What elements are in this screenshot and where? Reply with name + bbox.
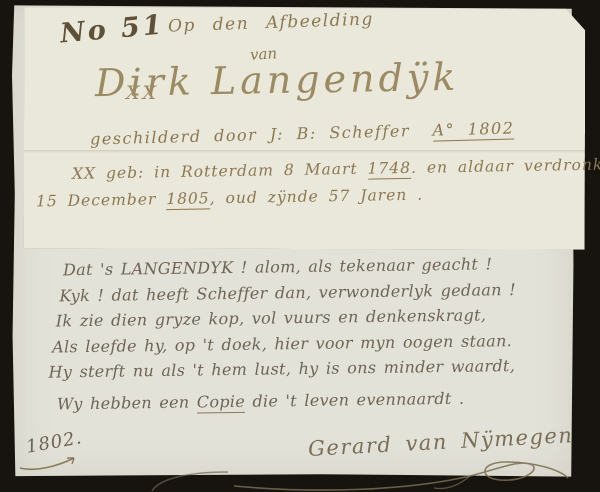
- death-date-text: 15 December: [36, 190, 167, 210]
- poem-last-post: die 't leven evennaardt .: [245, 388, 465, 410]
- poem-block: Dat 's LANGENDYK ! alom, als tekenaar ge…: [47, 250, 561, 416]
- death-place-text: . en aldaar verdronken: [411, 155, 600, 177]
- sitter-name: Dirk Langendÿk: [95, 55, 460, 105]
- slip-crease-line: [24, 150, 585, 153]
- age-text: , oud zÿnde 57 Jaren .: [210, 186, 424, 208]
- painting-year: A° 1802: [432, 118, 514, 141]
- poem-last-pre: Wy hebben een: [57, 392, 197, 413]
- stray-flourish-bottom-left: [150, 470, 230, 492]
- manuscript-photo: No 51 Op den Afbeelding van XX Dirk Lang…: [0, 0, 600, 492]
- date-underline-flourish: [18, 452, 82, 472]
- death-year: 1805: [166, 189, 210, 210]
- signature-paraph-flourish: [230, 452, 570, 492]
- poem-copie-word: Copie: [197, 391, 245, 413]
- birth-year: 1748: [367, 159, 411, 180]
